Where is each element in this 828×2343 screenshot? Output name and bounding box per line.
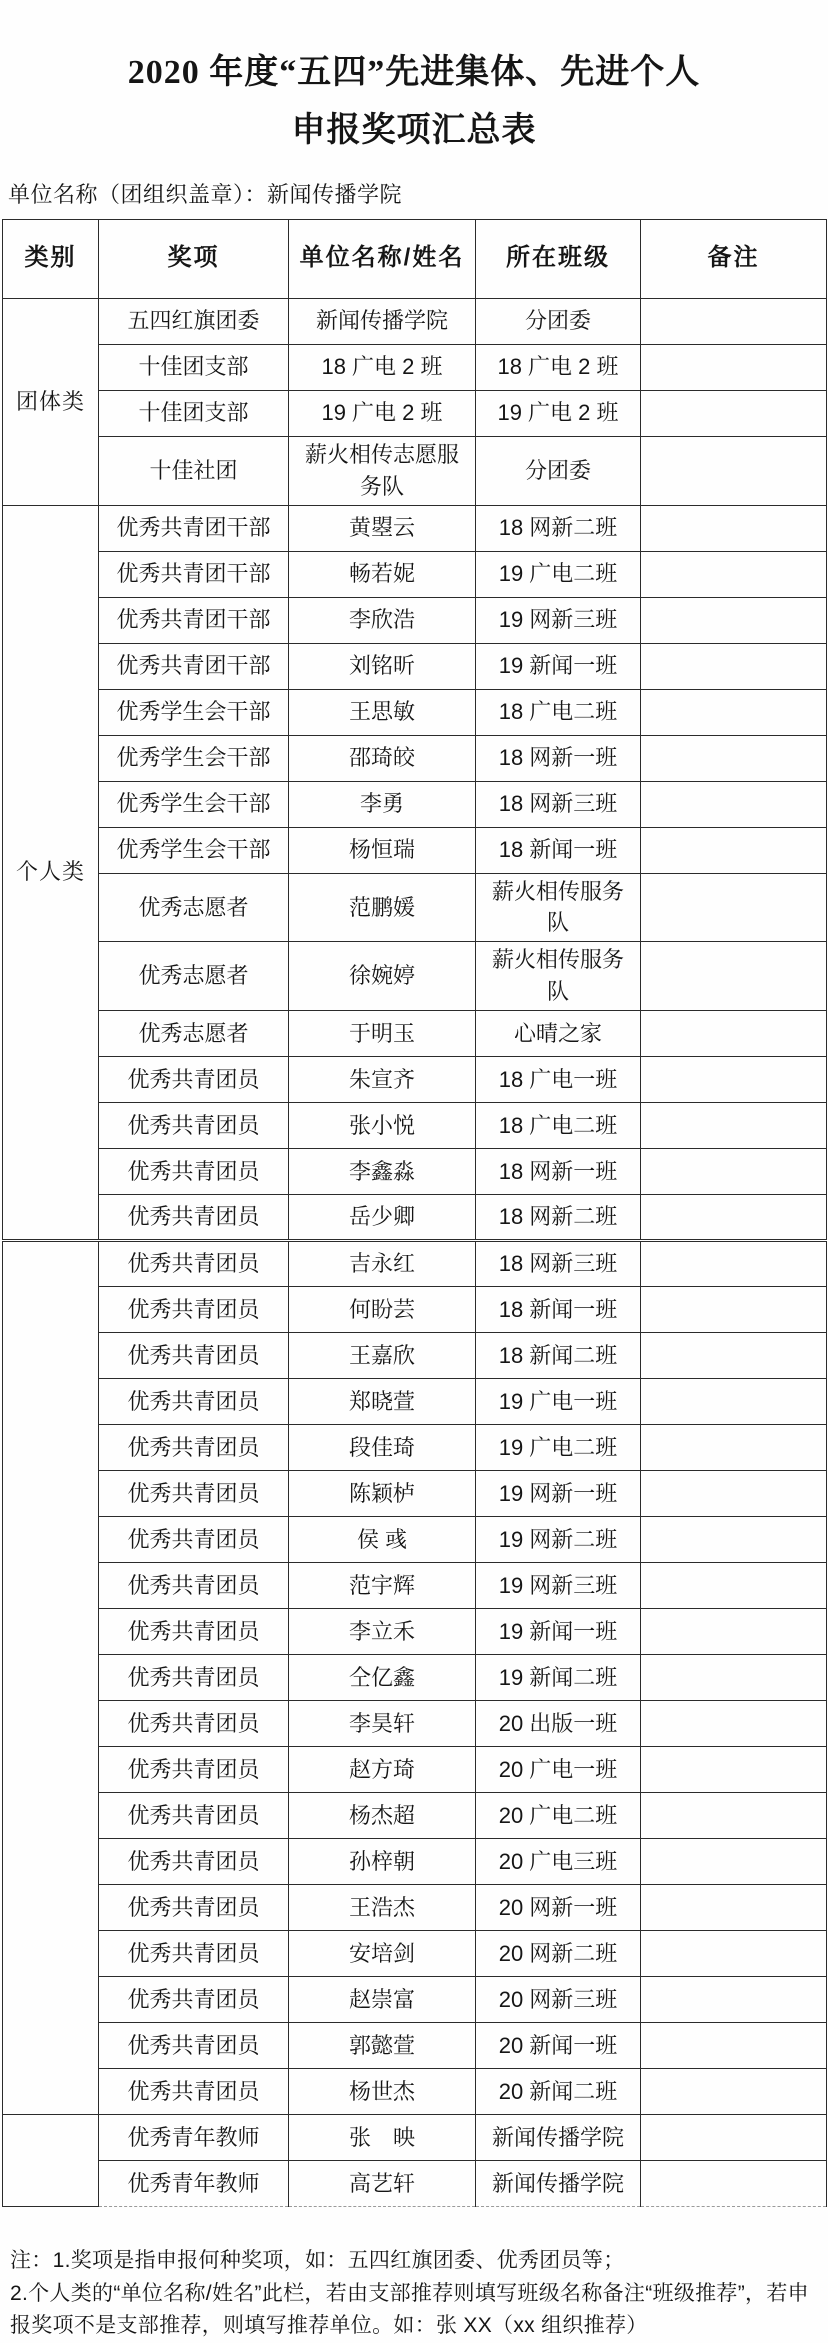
name-cell: 邵琦皎 xyxy=(289,735,476,781)
remark-cell xyxy=(641,597,827,643)
name-cell: 岳少卿 xyxy=(289,1195,476,1241)
remark-cell xyxy=(641,1977,827,2023)
name-cell: 赵崇富 xyxy=(289,1977,476,2023)
remark-cell xyxy=(641,1747,827,1793)
page-title-line2: 申报奖项汇总表 xyxy=(2,108,826,154)
award-cell: 优秀共青团员 xyxy=(99,1471,289,1517)
remark-cell xyxy=(641,1379,827,1425)
notes: 注：1.奖项是指申报何种奖项，如：五四红旗团委、优秀团员等； 2.个人类的“单位… xyxy=(10,2245,816,2343)
class-cell: 20 新闻二班 xyxy=(476,2069,641,2115)
award-cell: 优秀共青团员 xyxy=(99,1517,289,1563)
class-cell: 20 网新三班 xyxy=(476,1977,641,2023)
remark-cell xyxy=(641,1333,827,1379)
class-cell: 新闻传播学院 xyxy=(476,2161,641,2207)
table-row: 优秀共青团员段佳琦19 广电二班 xyxy=(3,1425,827,1471)
award-cell: 优秀共青团员 xyxy=(99,1103,289,1149)
remark-cell xyxy=(641,1793,827,1839)
remark-cell xyxy=(641,1103,827,1149)
name-cell: 李鑫淼 xyxy=(289,1149,476,1195)
remark-cell xyxy=(641,1287,827,1333)
award-cell: 优秀志愿者 xyxy=(99,873,289,942)
category-cell: 个人类 xyxy=(3,505,99,1241)
remark-cell xyxy=(641,1149,827,1195)
name-cell: 张小悦 xyxy=(289,1103,476,1149)
remark-cell xyxy=(641,735,827,781)
name-cell: 李勇 xyxy=(289,781,476,827)
class-cell: 19 网新二班 xyxy=(476,1517,641,1563)
remark-cell xyxy=(641,1195,827,1241)
table-row: 优秀共青团员李立禾19 新闻一班 xyxy=(3,1609,827,1655)
table-row: 优秀青年教师张 映新闻传播学院 xyxy=(3,2115,827,2161)
remark-cell xyxy=(641,436,827,505)
name-cell: 吉永红 xyxy=(289,1241,476,1287)
class-cell: 18 广电二班 xyxy=(476,1103,641,1149)
awards-table-header: 类别 奖项 单位名称/姓名 所在班级 备注 xyxy=(3,219,827,298)
class-cell: 18 网新一班 xyxy=(476,1149,641,1195)
class-cell: 19 新闻一班 xyxy=(476,643,641,689)
name-cell: 安培剑 xyxy=(289,1931,476,1977)
award-cell: 优秀青年教师 xyxy=(99,2115,289,2161)
name-cell: 赵方琦 xyxy=(289,1747,476,1793)
class-cell: 18 新闻二班 xyxy=(476,1333,641,1379)
note-line-2: 2.个人类的“单位名称/姓名”此栏，若由支部推荐则填写班级名称备注“班级推荐”，… xyxy=(10,2278,816,2343)
name-cell: 刘铭昕 xyxy=(289,643,476,689)
column-header-remark: 备注 xyxy=(641,219,827,298)
award-cell: 优秀共青团员 xyxy=(99,1195,289,1241)
award-cell: 优秀共青团员 xyxy=(99,1609,289,1655)
class-cell: 心晴之家 xyxy=(476,1011,641,1057)
name-cell: 杨杰超 xyxy=(289,1793,476,1839)
award-cell: 优秀共青团干部 xyxy=(99,505,289,551)
table-row: 十佳社团薪火相传志愿服务队分团委 xyxy=(3,436,827,505)
remark-cell xyxy=(641,1931,827,1977)
award-cell: 优秀学生会干部 xyxy=(99,735,289,781)
remark-cell xyxy=(641,1885,827,1931)
remark-cell xyxy=(641,1057,827,1103)
class-cell: 新闻传播学院 xyxy=(476,2115,641,2161)
class-cell: 薪火相传服务队 xyxy=(476,873,641,942)
class-cell: 19 广电 2 班 xyxy=(476,390,641,436)
table-row: 十佳团支部19 广电 2 班19 广电 2 班 xyxy=(3,390,827,436)
name-cell: 郑晓萱 xyxy=(289,1379,476,1425)
remark-cell xyxy=(641,873,827,942)
award-cell: 十佳社团 xyxy=(99,436,289,505)
note-line-1: 注：1.奖项是指申报何种奖项，如：五四红旗团委、优秀团员等； xyxy=(10,2245,816,2278)
remark-cell xyxy=(641,643,827,689)
remark-cell xyxy=(641,2069,827,2115)
table-row: 团体类五四红旗团委新闻传播学院分团委 xyxy=(3,298,827,344)
table-row: 优秀共青团干部刘铭昕19 新闻一班 xyxy=(3,643,827,689)
class-cell: 薪火相传服务队 xyxy=(476,942,641,1011)
class-cell: 18 广电 2 班 xyxy=(476,344,641,390)
table-row: 优秀共青团员侯 彧19 网新二班 xyxy=(3,1517,827,1563)
table-row: 优秀共青团员陈颖栌19 网新一班 xyxy=(3,1471,827,1517)
class-cell: 18 广电一班 xyxy=(476,1057,641,1103)
category-cell: 团体类 xyxy=(3,298,99,505)
table-row: 优秀共青团员安培剑20 网新二班 xyxy=(3,1931,827,1977)
remark-cell xyxy=(641,689,827,735)
class-cell: 18 新闻一班 xyxy=(476,827,641,873)
remark-cell xyxy=(641,1701,827,1747)
name-cell: 陈颖栌 xyxy=(289,1471,476,1517)
table-row: 优秀共青团员王嘉欣18 新闻二班 xyxy=(3,1333,827,1379)
award-cell: 五四红旗团委 xyxy=(99,298,289,344)
award-cell: 优秀志愿者 xyxy=(99,942,289,1011)
name-cell: 侯 彧 xyxy=(289,1517,476,1563)
class-cell: 20 新闻一班 xyxy=(476,2023,641,2069)
table-row: 优秀共青团员李鑫淼18 网新一班 xyxy=(3,1149,827,1195)
name-cell: 王嘉欣 xyxy=(289,1333,476,1379)
award-cell: 优秀共青团员 xyxy=(99,1793,289,1839)
award-cell: 优秀共青团员 xyxy=(99,2069,289,2115)
category-cell xyxy=(3,1241,99,2115)
remark-cell xyxy=(641,1471,827,1517)
award-cell: 优秀共青团员 xyxy=(99,2023,289,2069)
table-row: 个人类优秀共青团干部黄曌云18 网新二班 xyxy=(3,505,827,551)
awards-table: 类别 奖项 单位名称/姓名 所在班级 备注 团体类五四红旗团委新闻传播学院分团委… xyxy=(2,219,827,2207)
class-cell: 18 广电二班 xyxy=(476,689,641,735)
award-cell: 优秀青年教师 xyxy=(99,2161,289,2207)
name-cell: 孙梓朝 xyxy=(289,1839,476,1885)
name-cell: 王浩杰 xyxy=(289,1885,476,1931)
class-cell: 18 网新二班 xyxy=(476,505,641,551)
unit-name-line: 单位名称（团组织盖章）：新闻传播学院 xyxy=(8,178,826,209)
award-cell: 优秀学生会干部 xyxy=(99,827,289,873)
class-cell: 19 广电二班 xyxy=(476,1425,641,1471)
award-cell: 优秀共青团员 xyxy=(99,1747,289,1793)
name-cell: 仝亿鑫 xyxy=(289,1655,476,1701)
table-row: 优秀共青团干部畅若妮19 广电二班 xyxy=(3,551,827,597)
class-cell: 19 网新三班 xyxy=(476,1563,641,1609)
class-cell: 19 广电一班 xyxy=(476,1379,641,1425)
table-row: 优秀学生会干部杨恒瑞18 新闻一班 xyxy=(3,827,827,873)
name-cell: 19 广电 2 班 xyxy=(289,390,476,436)
name-cell: 18 广电 2 班 xyxy=(289,344,476,390)
table-row: 优秀共青团员朱宣齐18 广电一班 xyxy=(3,1057,827,1103)
name-cell: 高艺轩 xyxy=(289,2161,476,2207)
name-cell: 杨恒瑞 xyxy=(289,827,476,873)
table-row: 优秀共青团员郭懿萱20 新闻一班 xyxy=(3,2023,827,2069)
table-row: 优秀志愿者范鹏媛薪火相传服务队 xyxy=(3,873,827,942)
name-cell: 郭懿萱 xyxy=(289,2023,476,2069)
award-cell: 优秀共青团干部 xyxy=(99,597,289,643)
award-cell: 优秀共青团员 xyxy=(99,1149,289,1195)
table-row: 十佳团支部18 广电 2 班18 广电 2 班 xyxy=(3,344,827,390)
name-cell: 何盼芸 xyxy=(289,1287,476,1333)
award-cell: 优秀志愿者 xyxy=(99,1011,289,1057)
remark-cell xyxy=(641,2023,827,2069)
table-row: 优秀青年教师高艺轩新闻传播学院 xyxy=(3,2161,827,2207)
table-row: 优秀共青团员杨世杰20 新闻二班 xyxy=(3,2069,827,2115)
remark-cell xyxy=(641,781,827,827)
award-cell: 优秀共青团员 xyxy=(99,1333,289,1379)
class-cell: 分团委 xyxy=(476,436,641,505)
header-row: 类别 奖项 单位名称/姓名 所在班级 备注 xyxy=(3,219,827,298)
table-row: 优秀共青团员范宇辉19 网新三班 xyxy=(3,1563,827,1609)
name-cell: 王思敏 xyxy=(289,689,476,735)
award-cell: 优秀共青团干部 xyxy=(99,643,289,689)
class-cell: 18 网新一班 xyxy=(476,735,641,781)
class-cell: 19 新闻一班 xyxy=(476,1609,641,1655)
table-row: 优秀共青团员李昊轩20 出版一班 xyxy=(3,1701,827,1747)
page-title: 2020 年度“五四”先进集体、先进个人 申报奖项汇总表 xyxy=(2,50,826,154)
remark-cell xyxy=(641,1011,827,1057)
remark-cell xyxy=(641,298,827,344)
award-cell: 优秀共青团员 xyxy=(99,1379,289,1425)
award-cell: 优秀共青团员 xyxy=(99,1977,289,2023)
award-cell: 优秀共青团员 xyxy=(99,1701,289,1747)
award-cell: 优秀学生会干部 xyxy=(99,689,289,735)
name-cell: 范宇辉 xyxy=(289,1563,476,1609)
category-cell xyxy=(3,2115,99,2207)
award-cell: 十佳团支部 xyxy=(99,390,289,436)
remark-cell xyxy=(641,344,827,390)
table-row: 优秀学生会干部李勇18 网新三班 xyxy=(3,781,827,827)
page-title-line1: 2020 年度“五四”先进集体、先进个人 xyxy=(2,50,826,96)
table-row: 优秀共青团员岳少卿18 网新二班 xyxy=(3,1195,827,1241)
table-row: 优秀共青团员吉永红18 网新三班 xyxy=(3,1241,827,1287)
class-cell: 20 广电三班 xyxy=(476,1839,641,1885)
document-page: 2020 年度“五四”先进集体、先进个人 申报奖项汇总表 单位名称（团组织盖章）… xyxy=(0,0,828,2343)
award-cell: 优秀共青团员 xyxy=(99,1885,289,1931)
column-header-category: 类别 xyxy=(3,219,99,298)
award-cell: 十佳团支部 xyxy=(99,344,289,390)
name-cell: 畅若妮 xyxy=(289,551,476,597)
table-row: 优秀共青团干部李欣浩19 网新三班 xyxy=(3,597,827,643)
table-row: 优秀共青团员赵崇富20 网新三班 xyxy=(3,1977,827,2023)
award-cell: 优秀学生会干部 xyxy=(99,781,289,827)
remark-cell xyxy=(641,1655,827,1701)
remark-cell xyxy=(641,1517,827,1563)
name-cell: 李立禾 xyxy=(289,1609,476,1655)
table-row: 优秀学生会干部王思敏18 广电二班 xyxy=(3,689,827,735)
remark-cell xyxy=(641,551,827,597)
name-cell: 李欣浩 xyxy=(289,597,476,643)
class-cell: 19 广电二班 xyxy=(476,551,641,597)
table-row: 优秀共青团员张小悦18 广电二班 xyxy=(3,1103,827,1149)
table-row: 优秀共青团员何盼芸18 新闻一班 xyxy=(3,1287,827,1333)
class-cell: 19 网新一班 xyxy=(476,1471,641,1517)
class-cell: 19 新闻二班 xyxy=(476,1655,641,1701)
award-cell: 优秀共青团员 xyxy=(99,1287,289,1333)
table-row: 优秀共青团员杨杰超20 广电二班 xyxy=(3,1793,827,1839)
remark-cell xyxy=(641,1609,827,1655)
class-cell: 18 网新二班 xyxy=(476,1195,641,1241)
table-row: 优秀共青团员孙梓朝20 广电三班 xyxy=(3,1839,827,1885)
table-row: 优秀学生会干部邵琦皎18 网新一班 xyxy=(3,735,827,781)
class-cell: 20 网新一班 xyxy=(476,1885,641,1931)
name-cell: 薪火相传志愿服务队 xyxy=(289,436,476,505)
name-cell: 杨世杰 xyxy=(289,2069,476,2115)
award-cell: 优秀共青团员 xyxy=(99,1057,289,1103)
class-cell: 18 网新三班 xyxy=(476,1241,641,1287)
table-row: 优秀共青团员仝亿鑫19 新闻二班 xyxy=(3,1655,827,1701)
class-cell: 分团委 xyxy=(476,298,641,344)
column-header-class: 所在班级 xyxy=(476,219,641,298)
award-cell: 优秀共青团员 xyxy=(99,1425,289,1471)
remark-cell xyxy=(641,505,827,551)
name-cell: 朱宣齐 xyxy=(289,1057,476,1103)
remark-cell xyxy=(641,2161,827,2207)
remark-cell xyxy=(641,1241,827,1287)
class-cell: 20 广电二班 xyxy=(476,1793,641,1839)
class-cell: 20 广电一班 xyxy=(476,1747,641,1793)
table-row: 优秀共青团员王浩杰20 网新一班 xyxy=(3,1885,827,1931)
award-cell: 优秀共青团员 xyxy=(99,1839,289,1885)
name-cell: 新闻传播学院 xyxy=(289,298,476,344)
award-cell: 优秀共青团员 xyxy=(99,1241,289,1287)
class-cell: 18 网新三班 xyxy=(476,781,641,827)
column-header-award: 奖项 xyxy=(99,219,289,298)
awards-table-body: 团体类五四红旗团委新闻传播学院分团委十佳团支部18 广电 2 班18 广电 2 … xyxy=(3,298,827,2206)
class-cell: 20 出版一班 xyxy=(476,1701,641,1747)
name-cell: 张 映 xyxy=(289,2115,476,2161)
table-row: 优秀志愿者徐婉婷薪火相传服务队 xyxy=(3,942,827,1011)
remark-cell xyxy=(641,1425,827,1471)
remark-cell xyxy=(641,1563,827,1609)
name-cell: 李昊轩 xyxy=(289,1701,476,1747)
award-cell: 优秀共青团员 xyxy=(99,1655,289,1701)
name-cell: 范鹏媛 xyxy=(289,873,476,942)
remark-cell xyxy=(641,390,827,436)
table-row: 优秀共青团员赵方琦20 广电一班 xyxy=(3,1747,827,1793)
name-cell: 徐婉婷 xyxy=(289,942,476,1011)
award-cell: 优秀共青团干部 xyxy=(99,551,289,597)
table-row: 优秀志愿者于明玉心晴之家 xyxy=(3,1011,827,1057)
remark-cell xyxy=(641,1839,827,1885)
name-cell: 段佳琦 xyxy=(289,1425,476,1471)
column-header-name: 单位名称/姓名 xyxy=(289,219,476,298)
class-cell: 19 网新三班 xyxy=(476,597,641,643)
remark-cell xyxy=(641,942,827,1011)
name-cell: 于明玉 xyxy=(289,1011,476,1057)
award-cell: 优秀共青团员 xyxy=(99,1563,289,1609)
name-cell: 黄曌云 xyxy=(289,505,476,551)
remark-cell xyxy=(641,2115,827,2161)
class-cell: 18 新闻一班 xyxy=(476,1287,641,1333)
table-row: 优秀共青团员郑晓萱19 广电一班 xyxy=(3,1379,827,1425)
award-cell: 优秀共青团员 xyxy=(99,1931,289,1977)
class-cell: 20 网新二班 xyxy=(476,1931,641,1977)
remark-cell xyxy=(641,827,827,873)
